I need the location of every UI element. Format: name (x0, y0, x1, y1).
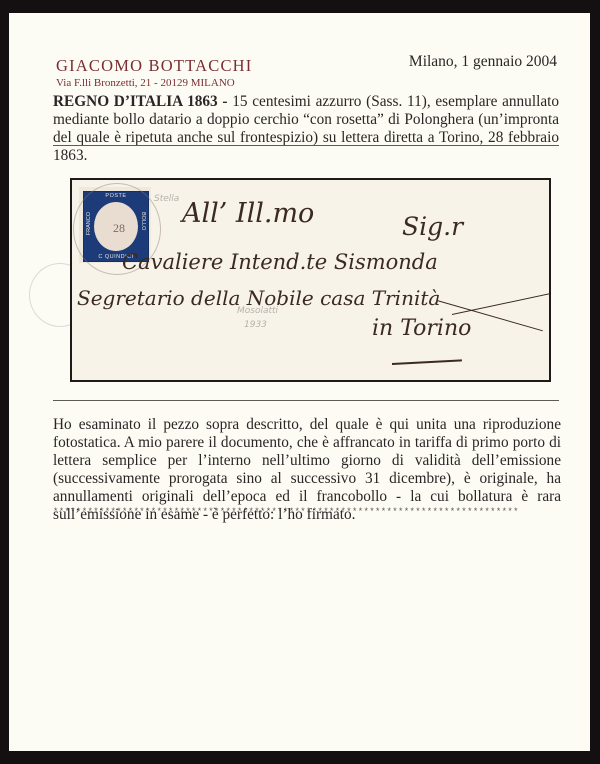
cancellation-day: 28 (113, 221, 125, 236)
address-line-4: Segretario della Nobile casa Trinità (77, 286, 440, 310)
address-line-5: in Torino (372, 316, 471, 341)
letter-image: POSTE FRANCO BOLLO C QUINDICI 28 Stella … (70, 178, 551, 382)
pencil-note-1: Stella (154, 194, 179, 204)
divider-bottom (53, 400, 559, 401)
certificate-sheet: GIACOMO BOTTACCHI Via F.lli Bronzetti, 2… (9, 13, 590, 751)
address-line-3: Cavaliere Intend.te Sismonda (122, 250, 438, 274)
dealer-name: GIACOMO BOTTACCHI (56, 57, 252, 75)
address-line-1: All’ Ill.mo (182, 198, 314, 229)
divider-top (53, 145, 559, 146)
underline-mark (392, 359, 462, 365)
address-line-2: Sig.r (402, 212, 463, 241)
dealer-header: GIACOMO BOTTACCHI Via F.lli Bronzetti, 2… (56, 57, 252, 90)
place-date: Milano, 1 gennaio 2004 (409, 53, 557, 71)
item-description: REGNO D’ITALIA 1863 - 15 centesimi azzur… (53, 93, 559, 165)
dealer-address: Via F.lli Bronzetti, 21 - 20129 MILANO (56, 76, 252, 90)
strike-mark-2 (452, 293, 550, 315)
pencil-note-3: 1933 (244, 320, 267, 330)
asterisk-separator: ****************************************… (53, 507, 561, 517)
item-title: REGNO D’ITALIA 1863 - (53, 93, 228, 110)
